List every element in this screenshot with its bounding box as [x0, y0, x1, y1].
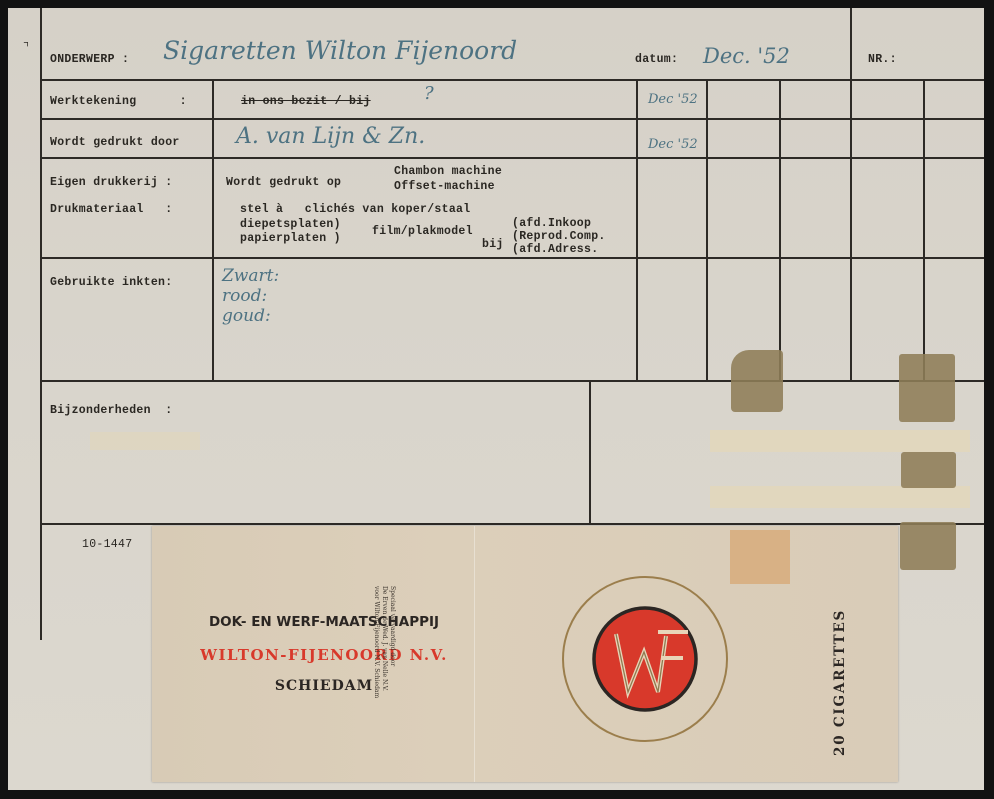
date-label: datum:	[635, 53, 678, 66]
tape-stain	[731, 350, 783, 412]
manufacturer-line: voor Wilton-Fijenoord N.V. Schiedam	[372, 586, 380, 756]
machine-option: Offset-machine	[394, 180, 495, 193]
company-name: WILTON-FIJENOORD N.V.	[174, 646, 474, 664]
subject-label: ONDERWERP :	[50, 53, 129, 66]
grid-line	[40, 523, 984, 525]
drawing-status-date: Dec '52	[648, 92, 698, 107]
margin-mark: ⌝	[22, 40, 30, 55]
ink-entry: rood:	[222, 286, 267, 306]
glue-residue	[90, 432, 200, 450]
margin-line	[40, 8, 42, 640]
cigarette-count: 20 CIGARETTES	[832, 609, 848, 756]
glue-residue	[710, 430, 970, 452]
tape-stain	[900, 522, 956, 570]
remarks-label: Bijzonderheden :	[50, 404, 172, 417]
glue-residue	[710, 486, 970, 508]
printer-value: A. van Lijn & Zn.	[236, 124, 425, 149]
grid-line	[40, 118, 984, 120]
grid-line	[40, 157, 984, 159]
grid-line	[779, 79, 781, 380]
grid-line	[40, 380, 984, 382]
tape-stain	[730, 530, 790, 584]
manufacturer-note: Speciaal vervaardigd door De Erven de We…	[356, 586, 396, 756]
manufacturer-line: De Erven de Wed. J. van Nelle N.V.	[380, 586, 388, 756]
department: (Reprod.Comp.	[512, 230, 606, 243]
number-label: NR.:	[868, 53, 897, 66]
grid-line	[40, 79, 984, 81]
department: (afd.Adress.	[512, 243, 598, 256]
company-city: SCHIEDAM	[174, 678, 474, 694]
machine-option: Chambon machine	[394, 165, 502, 178]
printer-status-date: Dec '52	[648, 137, 698, 152]
cigarette-label: DOK- EN WERF-MAATSCHAPPIJ WILTON-FIJENOO…	[152, 526, 898, 782]
subject-value: Sigaretten Wilton Fijenoord	[163, 36, 517, 65]
film-label: film/plakmodel	[372, 225, 473, 238]
by-label: bij	[482, 238, 504, 251]
form-number: 10-1447	[82, 538, 132, 551]
material-line: diepetsplaten)	[240, 218, 341, 231]
tape-stain	[901, 452, 956, 488]
material-line: papierplaten )	[240, 232, 341, 245]
tape-stain	[899, 354, 955, 422]
row-label-inks: Gebruikte inkten:	[50, 276, 172, 289]
row-label-drawing: Werktekening :	[50, 95, 187, 108]
drawing-annotation: ?	[424, 83, 434, 104]
drawing-value: in ons bezit / bij	[241, 95, 371, 108]
grid-line	[589, 380, 591, 523]
grid-line	[706, 79, 708, 380]
row-label-print-material: Drukmateriaal :	[50, 203, 172, 216]
grid-line	[923, 79, 925, 380]
company-line: DOK- EN WERF-MAATSCHAPPIJ	[174, 614, 474, 630]
material-line: stel à clichés van koper/staal	[240, 203, 470, 216]
ink-entry: Zwart:	[222, 266, 279, 286]
grid-line	[212, 79, 214, 380]
manufacturer-line: Speciaal vervaardigd door	[388, 586, 396, 756]
row-label-own-printing: Eigen drukkerij :	[50, 176, 172, 189]
grid-line	[850, 8, 852, 380]
department: (afd.Inkoop	[512, 217, 591, 230]
grid-line	[636, 79, 638, 380]
row-label-printer: Wordt gedrukt door	[50, 136, 180, 149]
fold-line	[474, 526, 475, 782]
grid-line	[40, 257, 984, 259]
wf-logo-icon	[560, 574, 730, 744]
printed-on-label: Wordt gedrukt op	[226, 176, 341, 189]
date-value: Dec. '52	[703, 44, 790, 68]
ink-entry: goud:	[222, 306, 271, 326]
